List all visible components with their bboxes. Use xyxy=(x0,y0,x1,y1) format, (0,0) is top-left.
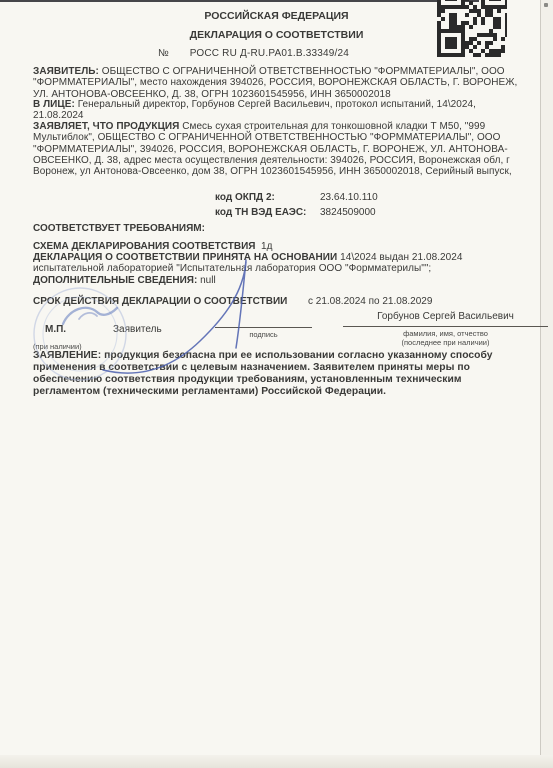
in-person-paragraph: В ЛИЦЕ: Генеральный директор, Горбунов С… xyxy=(33,99,525,122)
scan-right-strip xyxy=(541,0,553,768)
tnved-value: 3824509000 xyxy=(320,207,376,218)
scan-bottom-edge xyxy=(0,755,553,768)
scan-top-edge xyxy=(0,0,479,2)
signature-line xyxy=(215,327,312,328)
okpd-label: код ОКПД 2: xyxy=(215,192,275,203)
declaration-document: РОССИЙСКАЯ ФЕДЕРАЦИЯ ДЕКЛАРАЦИЯ О СООТВЕ… xyxy=(0,0,553,768)
statement-text: продукция безопасна при ее использовании… xyxy=(33,350,493,397)
declares-label: ЗАЯВЛЯЕТ, ЧТО ПРОДУКЦИЯ xyxy=(33,121,179,132)
scheme-value: 1д xyxy=(261,241,272,252)
additional-value: null xyxy=(200,275,216,286)
applicant-text: ОБЩЕСТВО С ОГРАНИЧЕННОЙ ОТВЕТСТВЕННОСТЬЮ… xyxy=(33,66,517,100)
sign-caption: подпись xyxy=(215,331,312,340)
applicant-paragraph: ЗАЯВИТЕЛЬ: ОБЩЕСТВО С ОГРАНИЧЕННОЙ ОТВЕТ… xyxy=(33,66,525,100)
validity-label: СРОК ДЕЙСТВИЯ ДЕКЛАРАЦИИ О СООТВЕТСТВИИ xyxy=(33,296,287,307)
in-person-label: В ЛИЦЕ: xyxy=(33,99,75,110)
page-title: ДЕКЛАРАЦИЯ О СООТВЕТСТВИИ xyxy=(0,29,553,41)
tnved-label: код ТН ВЭД ЕАЭС: xyxy=(215,207,306,218)
basis-label: ДЕКЛАРАЦИЯ О СООТВЕТСТВИИ ПРИНЯТА НА ОСН… xyxy=(33,252,337,263)
statement-paragraph: ЗАЯВЛЕНИЕ: продукция безопасна при ее ис… xyxy=(33,350,521,398)
number-label: № xyxy=(158,48,169,59)
scan-right-edge-line xyxy=(540,0,541,768)
name-caption-line2: (последнее при наличии) xyxy=(343,339,548,348)
declaration-number: РОСС RU Д-RU.РА01.В.33349/24 xyxy=(190,48,349,59)
statement-label: ЗАЯВЛЕНИЕ: xyxy=(33,350,101,361)
applicant-label: ЗАЯВИТЕЛЬ: xyxy=(33,66,99,77)
additional-label: ДОПОЛНИТЕЛЬНЫЕ СВЕДЕНИЯ: xyxy=(33,275,197,286)
product-paragraph: ЗАЯВЛЯЕТ, ЧТО ПРОДУКЦИЯ Смесь сухая стро… xyxy=(33,121,525,177)
okpd-value: 23.64.10.110 xyxy=(320,192,378,203)
scan-speck xyxy=(544,3,548,7)
header-country: РОССИЙСКАЯ ФЕДЕРАЦИЯ xyxy=(0,10,553,22)
okpd-row: код ОКПД 2: xyxy=(215,192,275,203)
tnved-row: код ТН ВЭД ЕАЭС: xyxy=(215,207,306,218)
name-line xyxy=(343,326,548,327)
validity-value: с 21.08.2024 по 21.08.2029 xyxy=(308,296,432,307)
signatory-name: Горбунов Сергей Васильевич xyxy=(343,311,548,322)
basis-paragraph: ДЕКЛАРАЦИЯ О СООТВЕТСТВИИ ПРИНЯТА НА ОСН… xyxy=(33,252,525,275)
mp-label: М.П. xyxy=(45,324,66,335)
additional-row: ДОПОЛНИТЕЛЬНЫЕ СВЕДЕНИЯ: null xyxy=(33,275,216,286)
conforms-label: СООТВЕТСТВУЕТ ТРЕБОВАНИЯМ: xyxy=(33,223,205,234)
in-person-text: Генеральный директор, Горбунов Сергей Ва… xyxy=(33,99,476,121)
scheme-row: СХЕМА ДЕКЛАРИРОВАНИЯ СООТВЕТСТВИЯ 1д xyxy=(33,241,272,252)
declaration-number-row: №РОСС RU Д-RU.РА01.В.33349/24 xyxy=(158,48,349,59)
applicant-role-label: Заявитель xyxy=(113,324,162,335)
scheme-label: СХЕМА ДЕКЛАРИРОВАНИЯ СООТВЕТСТВИЯ xyxy=(33,241,255,252)
